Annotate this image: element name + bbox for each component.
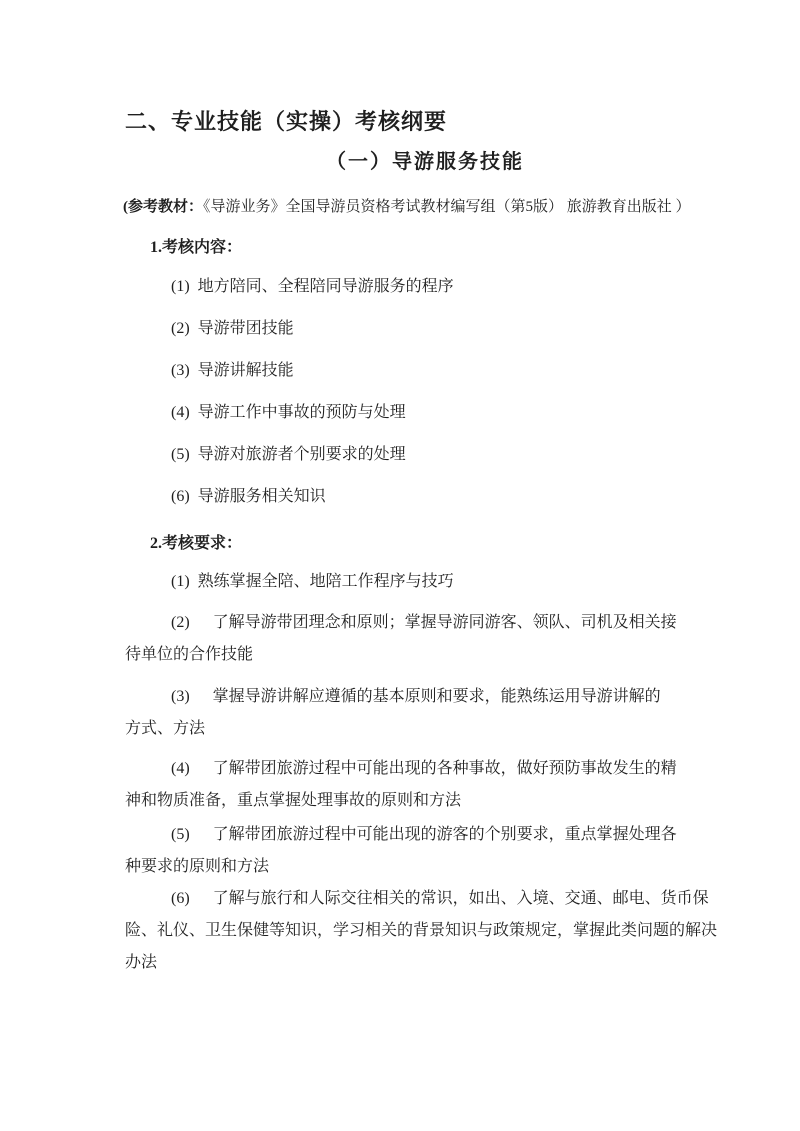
list-item: (4)了解带团旅游过程中可能出现的各种事故，做好预防事故发生的精 神和物质准备，… bbox=[125, 753, 725, 817]
list-item: (3)掌握导游讲解应遵循的基本原则和要求，能熟练运用导游讲解的 方式、方法 bbox=[125, 681, 725, 745]
content-item-list: (1)地方陪同、全程陪同导游服务的程序 (2)导游带团技能 (3)导游讲解技能 … bbox=[125, 276, 725, 508]
item-text: 了解带团旅游过程中可能出现的各种事故，做好预防事故发生的精 神和物质准备，重点掌… bbox=[125, 760, 677, 809]
list-item: (1)地方陪同、全程陪同导游服务的程序 bbox=[125, 276, 725, 298]
list-item: (1)熟练掌握全陪、地陪工作程序与技巧 bbox=[125, 571, 725, 593]
item-text: 导游工作中事故的预防与处理 bbox=[198, 404, 406, 421]
heading-assessment-content: 1.考核内容： bbox=[125, 237, 725, 259]
item-number: (6) bbox=[171, 488, 190, 505]
item-text: 了解带团旅游过程中可能出现的游客的个别要求，重点掌握处理各 种要求的原则和方法 bbox=[125, 826, 677, 875]
item-number: (1) bbox=[171, 278, 190, 295]
item-text: 掌握导游讲解应遵循的基本原则和要求，能熟练运用导游讲解的 方式、方法 bbox=[125, 688, 661, 737]
item-text: 熟练掌握全陪、地陪工作程序与技巧 bbox=[198, 573, 454, 590]
heading-assessment-requirements: 2.考核要求： bbox=[125, 533, 725, 555]
item-number: (5) bbox=[171, 826, 190, 843]
page-title: 二、专业技能（实操）考核纲要 bbox=[125, 108, 725, 136]
item-number: (2) bbox=[171, 320, 190, 337]
item-number: (5) bbox=[171, 446, 190, 463]
item-number: (3) bbox=[171, 362, 190, 379]
item-number: (4) bbox=[171, 760, 190, 777]
list-item: (6)导游服务相关知识 bbox=[125, 486, 725, 508]
list-item: (6)了解与旅行和人际交往相关的常识，如出、入境、交通、邮电、货币保 险、礼仪、… bbox=[125, 883, 725, 979]
item-text: 导游对旅游者个别要求的处理 bbox=[198, 446, 406, 463]
document-page: 二、专业技能（实操）考核纲要 （一）导游服务技能 (参考教材：《导游业务》全国导… bbox=[0, 0, 800, 1131]
reference-label: (参考教材： bbox=[123, 199, 203, 215]
item-number: (3) bbox=[171, 688, 190, 705]
item-number: (2) bbox=[171, 614, 190, 631]
item-text: 了解导游带团理念和原则；掌握导游同游客、领队、司机及相关接 待单位的合作技能 bbox=[125, 614, 677, 663]
item-text: 导游讲解技能 bbox=[198, 362, 294, 379]
list-item: (2)导游带团技能 bbox=[125, 318, 725, 340]
item-number: (6) bbox=[171, 890, 190, 907]
section-subtitle: （一）导游服务技能 bbox=[125, 149, 725, 175]
item-text: 了解与旅行和人际交往相关的常识，如出、入境、交通、邮电、货币保 险、礼仪、卫生保… bbox=[125, 890, 717, 971]
item-text: 导游带团技能 bbox=[198, 320, 294, 337]
document-content: 二、专业技能（实操）考核纲要 （一）导游服务技能 (参考教材：《导游业务》全国导… bbox=[125, 108, 725, 979]
item-text: 导游服务相关知识 bbox=[198, 488, 326, 505]
list-item: (2)了解导游带团理念和原则；掌握导游同游客、领队、司机及相关接 待单位的合作技… bbox=[125, 607, 725, 671]
reference-line: (参考教材：《导游业务》全国导游员资格考试教材编写组（第5版） 旅游教育出版社 … bbox=[123, 196, 725, 218]
reference-text: 《导游业务》全国导游员资格考试教材编写组（第5版） 旅游教育出版社 ） bbox=[203, 199, 691, 215]
item-number: (1) bbox=[171, 573, 190, 590]
list-item: (4)导游工作中事故的预防与处理 bbox=[125, 402, 725, 424]
requirement-item-list: (1)熟练掌握全陪、地陪工作程序与技巧 (2)了解导游带团理念和原则；掌握导游同… bbox=[125, 571, 725, 979]
item-text: 地方陪同、全程陪同导游服务的程序 bbox=[198, 278, 454, 295]
list-item: (5)导游对旅游者个别要求的处理 bbox=[125, 444, 725, 466]
list-item: (5)了解带团旅游过程中可能出现的游客的个别要求，重点掌握处理各 种要求的原则和… bbox=[125, 819, 725, 883]
item-number: (4) bbox=[171, 404, 190, 421]
list-item: (3)导游讲解技能 bbox=[125, 360, 725, 382]
